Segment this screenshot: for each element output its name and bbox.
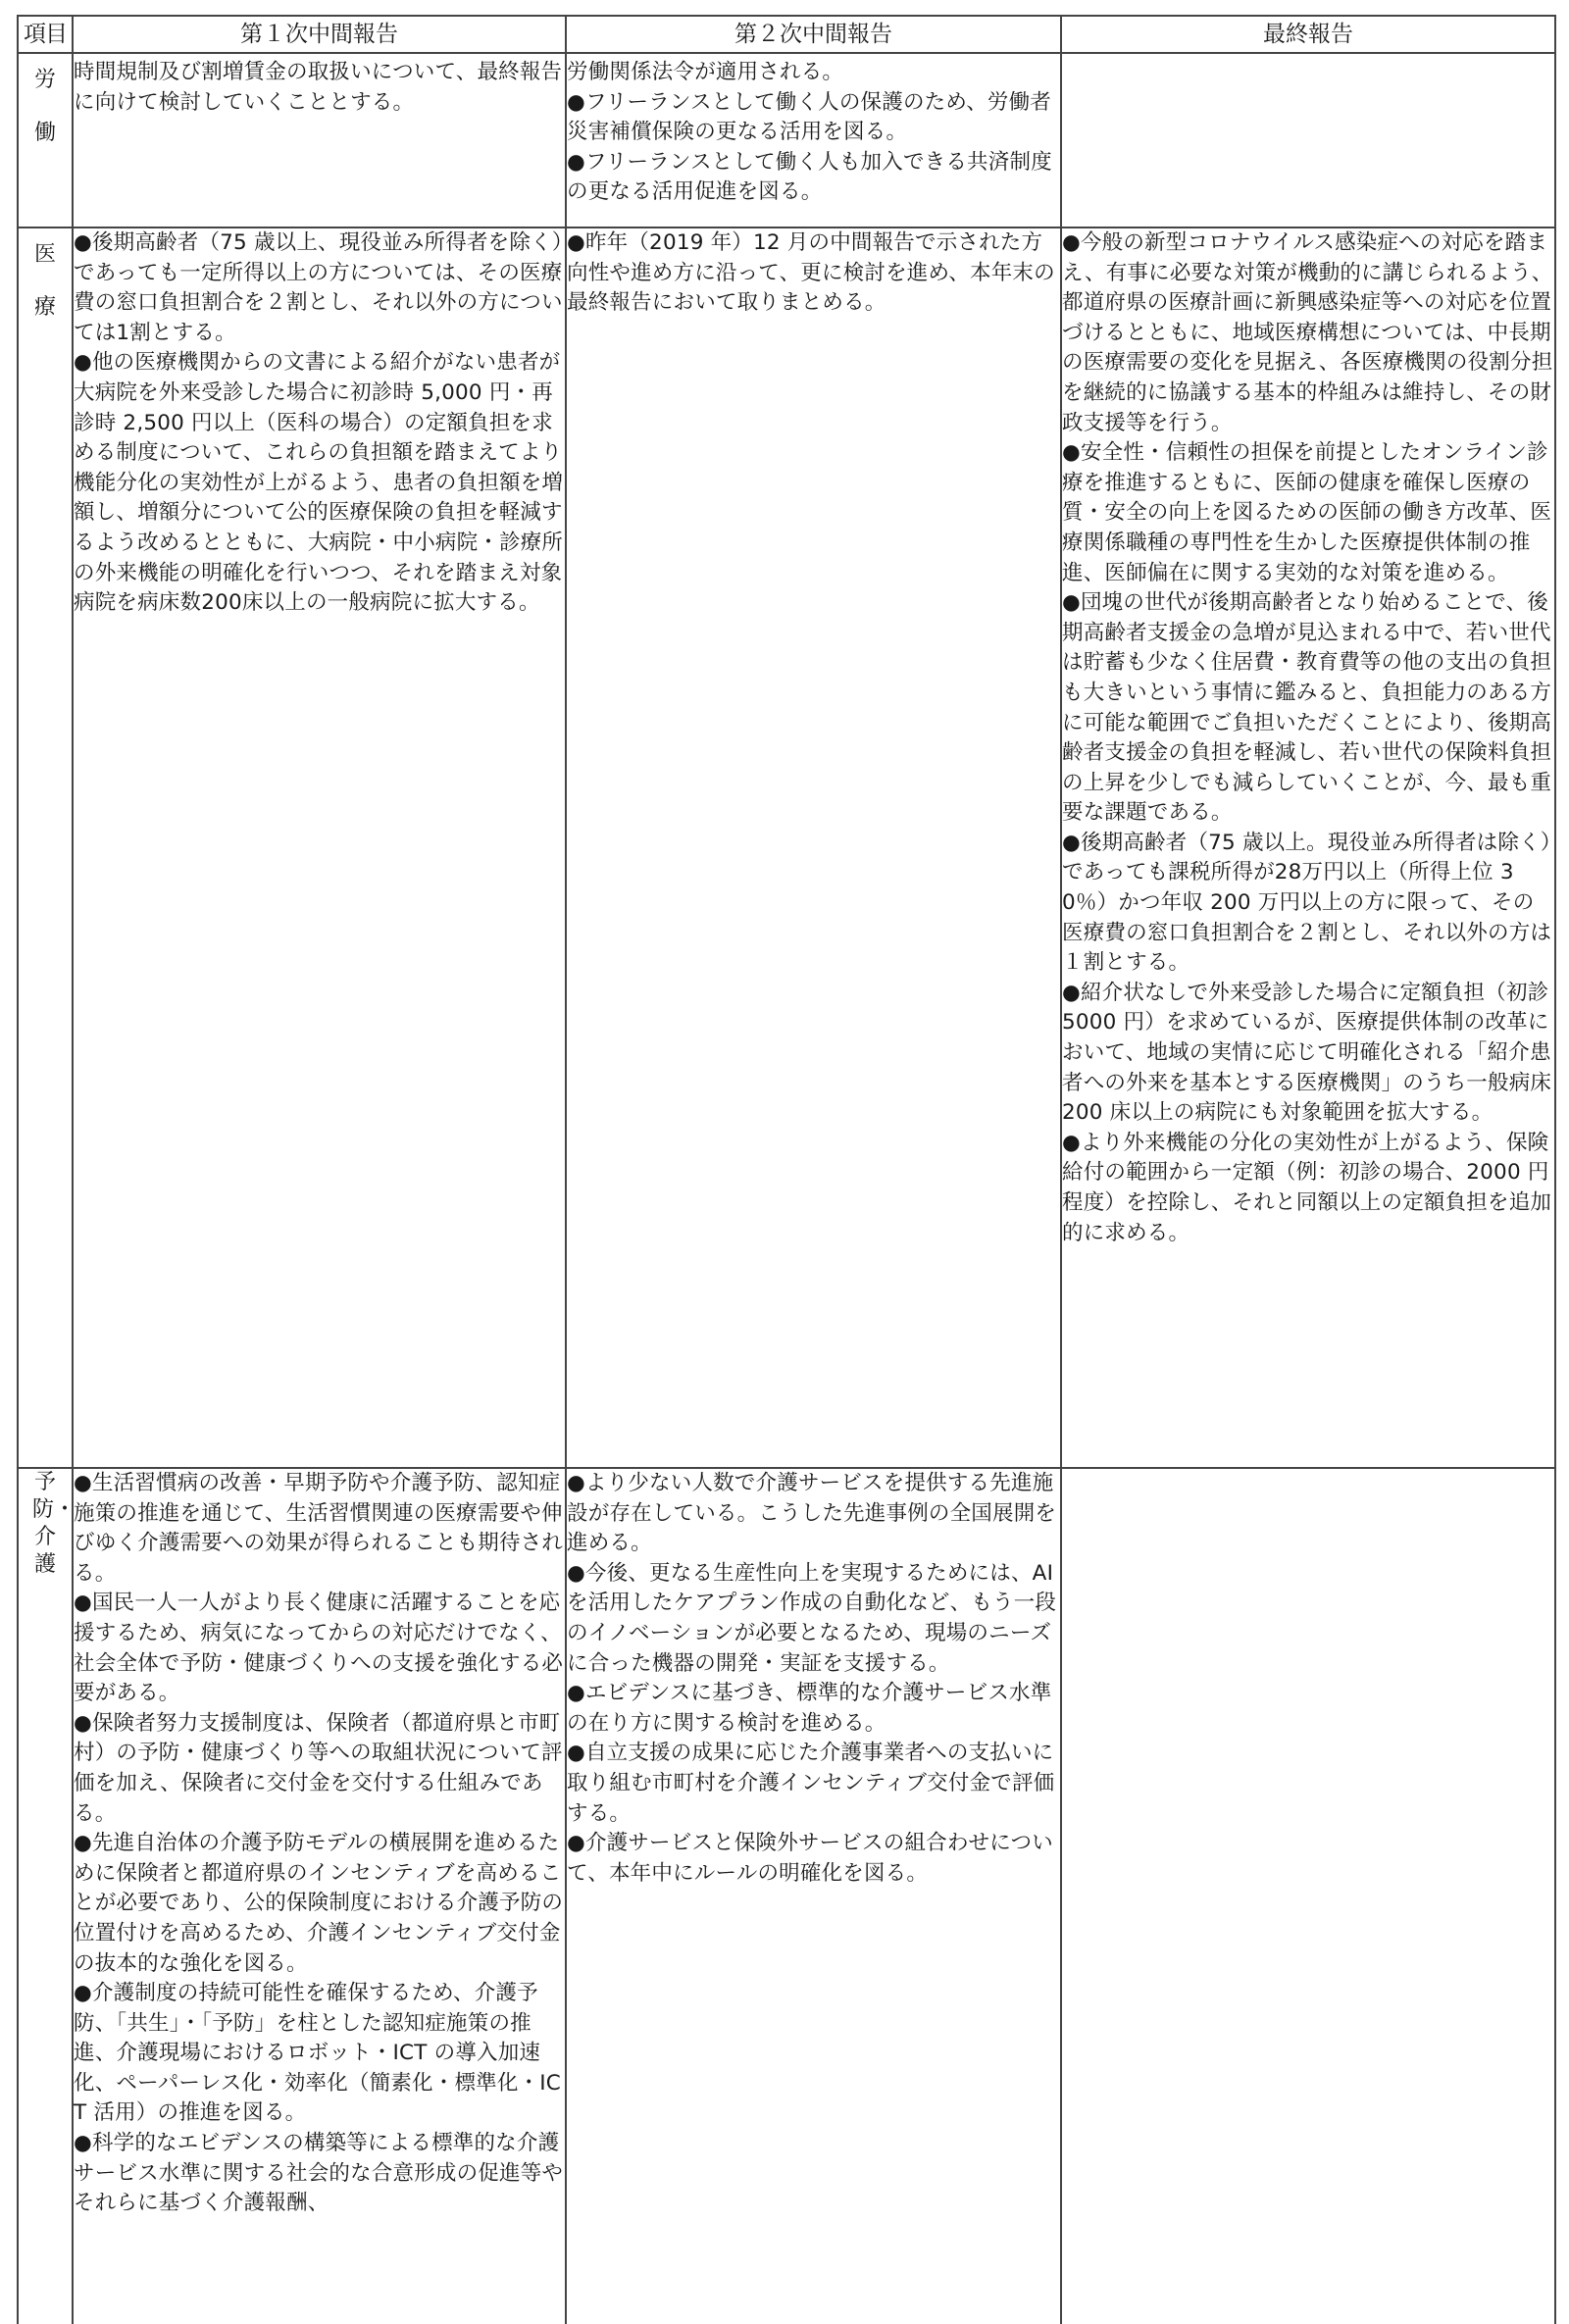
bullet-item: ●介護制度の持続可能性を確保するため、介護予防、「共生」・「予防」を柱とした認知… <box>74 1979 565 2129</box>
bullet-item: ●昨年（2019 年）12 月の中間報告で示された方向性や進め方に沿って、更に検… <box>567 228 1060 319</box>
care-final <box>1061 1468 1555 2324</box>
bullet-item: ●保険者努力支援制度は、保険者（都道府県と市町村）の予防・健康づくり等への取組状… <box>74 1709 565 1829</box>
labor-first-interim: 時間規制及び割増賃金の取扱いについて、最終報告に向けて検討していくこととする。 <box>73 53 566 227</box>
bullet-item: ●今般の新型コロナウイルス感染症への対応を踏まえ、有事に必要な対策が機動的に講じ… <box>1062 228 1554 438</box>
item-label-medical: 医療 <box>18 227 73 1468</box>
care-second-interim: ●より少ない人数で介護サービスを提供する先進施設が存在している。こうした先進事例… <box>566 1468 1061 2324</box>
policy-comparison-table: 項目 第１次中間報告 第２次中間報告 最終報告 労働 時間規制及び割増賃金の取扱… <box>17 15 1556 2324</box>
row-medical: 医療 ●後期高齢者（75 歳以上、現役並み所得者を除く）であっても一定所得以上の… <box>18 227 1555 1468</box>
bullet-item: ●より外来機能の分化の実効性が上がるよう、保険給付の範囲から一定額（例：初診の場… <box>1062 1129 1554 1248</box>
bullet-item: ●団塊の世代が後期高齢者となり始めることで、後期高齢者支援金の急増が見込まれる中… <box>1062 588 1554 829</box>
header-first-interim: 第１次中間報告 <box>73 16 566 53</box>
paragraph: 時間規制及び割増賃金の取扱いについて、最終報告に向けて検討していくこととする。 <box>74 58 565 118</box>
bullet-item: ●今後、更なる生産性向上を実現するためには、AI を活用したケアプラン作成の自動… <box>567 1559 1060 1679</box>
row-labor: 労働 時間規制及び割増賃金の取扱いについて、最終報告に向けて検討していくこととす… <box>18 53 1555 227</box>
header-item: 項目 <box>18 16 73 53</box>
bullet-item: ●より少ない人数で介護サービスを提供する先進施設が存在している。こうした先進事例… <box>567 1469 1060 1559</box>
bullet-item: ●科学的なエビデンスの構築等による標準的な介護サービス水準に関する社会的な合意形… <box>74 2129 565 2219</box>
bullet-item: ●生活習慣病の改善・早期予防や介護予防、認知症施策の推進を通じて、生活習慣関連の… <box>74 1469 565 1589</box>
paragraph: 労働関係法令が適用される。 <box>567 58 1060 88</box>
header-final: 最終報告 <box>1061 16 1555 53</box>
item-label-labor: 労働 <box>18 53 73 227</box>
header-row: 項目 第１次中間報告 第２次中間報告 最終報告 <box>18 16 1555 53</box>
header-second-interim: 第２次中間報告 <box>566 16 1061 53</box>
bullet-item: ●国民一人一人がより長く健康に活躍することを応援するため、病気になってからの対応… <box>74 1589 565 1708</box>
document-page: 項目 第１次中間報告 第２次中間報告 最終報告 労働 時間規制及び割増賃金の取扱… <box>0 0 1569 2324</box>
labor-final <box>1061 53 1555 227</box>
bullet-item: ●フリーランスとして働く人の保護のため、労働者災害補償保険の更なる活用を図る。 <box>567 88 1060 148</box>
bullet-item: ●紹介状なしで外来受診した場合に定額負担（初診 5000 円）を求めているが、医… <box>1062 979 1554 1129</box>
medical-second-interim: ●昨年（2019 年）12 月の中間報告で示された方向性や進め方に沿って、更に検… <box>566 227 1061 1468</box>
bullet-item: ●自立支援の成果に応じた介護事業者への支払いに取り組む市町村を介護インセンティブ… <box>567 1739 1060 1829</box>
bullet-item: ●介護サービスと保険外サービスの組合わせについて、本年中にルールの明確化を図る。 <box>567 1829 1060 1889</box>
row-prevention-care: 予防・介護 ●生活習慣病の改善・早期予防や介護予防、認知症施策の推進を通じて、生… <box>18 1468 1555 2324</box>
care-first-interim: ●生活習慣病の改善・早期予防や介護予防、認知症施策の推進を通じて、生活習慣関連の… <box>73 1468 566 2324</box>
bullet-item: ●フリーランスとして働く人も加入できる共済制度の更なる活用促進を図る。 <box>567 148 1060 208</box>
labor-second-interim: 労働関係法令が適用される。 ●フリーランスとして働く人の保護のため、労働者災害補… <box>566 53 1061 227</box>
medical-first-interim: ●後期高齢者（75 歳以上、現役並み所得者を除く）であっても一定所得以上の方につ… <box>73 227 566 1468</box>
bullet-item: ●安全性・信頼性の担保を前提としたオンライン診療を推進するともに、医師の健康を確… <box>1062 438 1554 588</box>
medical-final: ●今般の新型コロナウイルス感染症への対応を踏まえ、有事に必要な対策が機動的に講じ… <box>1061 227 1555 1468</box>
bullet-item: ●先進自治体の介護予防モデルの横展開を進めるために保険者と都道府県のインセンティ… <box>74 1829 565 1979</box>
bullet-item: ●他の医療機関からの文書による紹介がない患者が大病院を外来受診した場合に初診時 … <box>74 348 565 618</box>
item-label-prevention-care: 予防・介護 <box>18 1468 73 2324</box>
bullet-item: ●エビデンスに基づき、標準的な介護サービス水準の在り方に関する検討を進める。 <box>567 1679 1060 1739</box>
bullet-item: ●後期高齢者（75 歳以上、現役並み所得者を除く）であっても一定所得以上の方につ… <box>74 228 565 348</box>
bullet-item: ●後期高齢者（75 歳以上。現役並み所得者は除く）であっても課税所得が28万円以… <box>1062 829 1554 979</box>
